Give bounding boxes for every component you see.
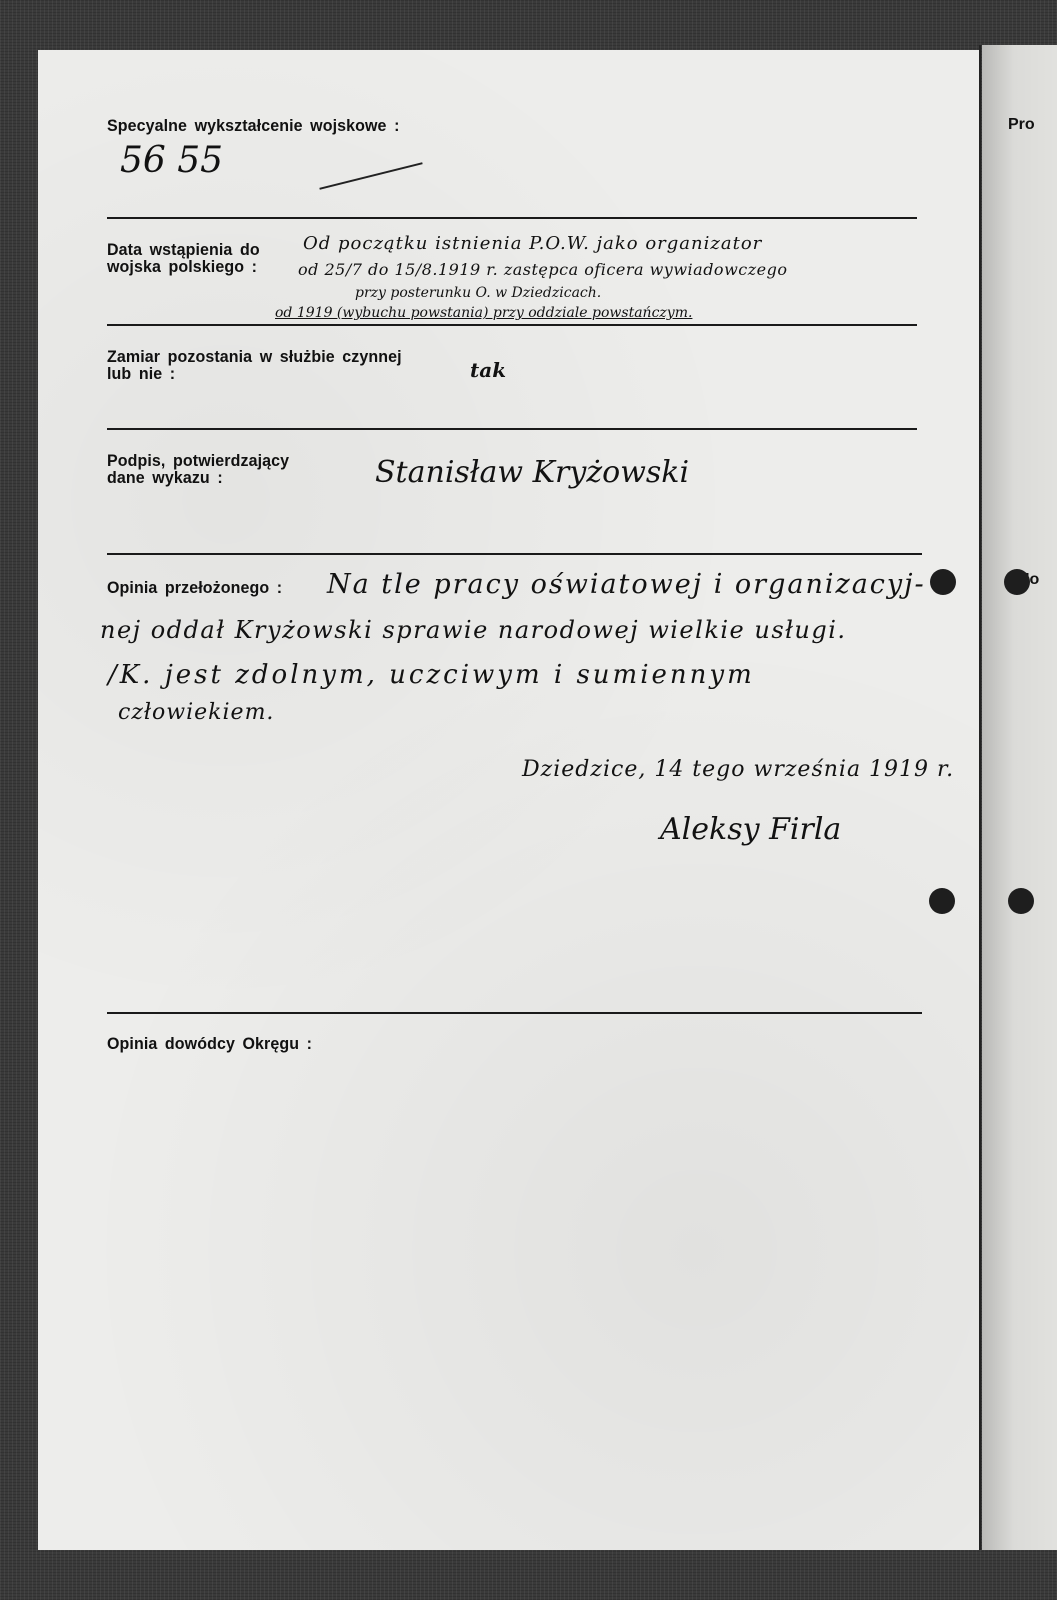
punch-hole (1004, 569, 1030, 595)
enlistment-value-line3: przy posterunku O. w Dziedzicach. (355, 285, 601, 301)
enlistment-value-line4: od 1919 (wybuchu powstania) przy oddzial… (275, 305, 692, 321)
page-fold (979, 45, 981, 1550)
intent-label-line2: lub nie : (107, 366, 175, 384)
punch-hole (929, 888, 955, 914)
special-education-value: 56 55 (120, 140, 223, 181)
signature-label-line2: dane wykazu : (107, 470, 223, 488)
enlistment-value-line1: Od początku istnienia P.O.W. jako organi… (303, 233, 762, 254)
place-date: Dziedzice, 14 tego września 1919 r. (522, 757, 954, 782)
superior-opinion-label: Opinia przełożonego : (107, 580, 282, 598)
adjacent-page-fragment-top: Pro (1008, 116, 1035, 134)
enlistment-label-line1: Data wstąpienia do (107, 242, 260, 260)
punch-hole (1008, 888, 1034, 914)
superior-opinion-line1: Na tle pracy oświatowej i organizacyj- (327, 569, 926, 600)
separator-rule (107, 428, 917, 430)
enlistment-label-line2: wojska polskiego : (107, 259, 257, 277)
special-education-label: Specyalne wykształcenie wojskowe : (107, 118, 400, 136)
intent-label-line1: Zamiar pozostania w służbie czynnej (107, 349, 402, 367)
punch-hole (930, 569, 956, 595)
superior-signature: Aleksy Firla (660, 812, 841, 847)
superior-opinion-line3: /K. jest zdolnym, uczciwym i sumiennym (108, 660, 755, 690)
separator-rule (107, 553, 922, 555)
commander-opinion-label: Opinia dowódcy Okręgu : (107, 1036, 312, 1054)
signature-label-line1: Podpis, potwierdzający (107, 453, 289, 471)
separator-rule (107, 324, 917, 326)
signature-value: Stanisław Kryżowski (375, 455, 689, 490)
separator-rule (107, 217, 917, 219)
superior-opinion-line2: nej oddał Kryżowski sprawie narodowej wi… (100, 616, 847, 644)
enlistment-value-line2: od 25/7 do 15/8.1919 r. zastępca oficera… (298, 260, 788, 279)
adjacent-page (982, 45, 1057, 1550)
intent-value: tak (470, 358, 506, 382)
separator-rule (107, 1012, 922, 1014)
superior-opinion-line4: człowiekiem. (118, 700, 274, 725)
